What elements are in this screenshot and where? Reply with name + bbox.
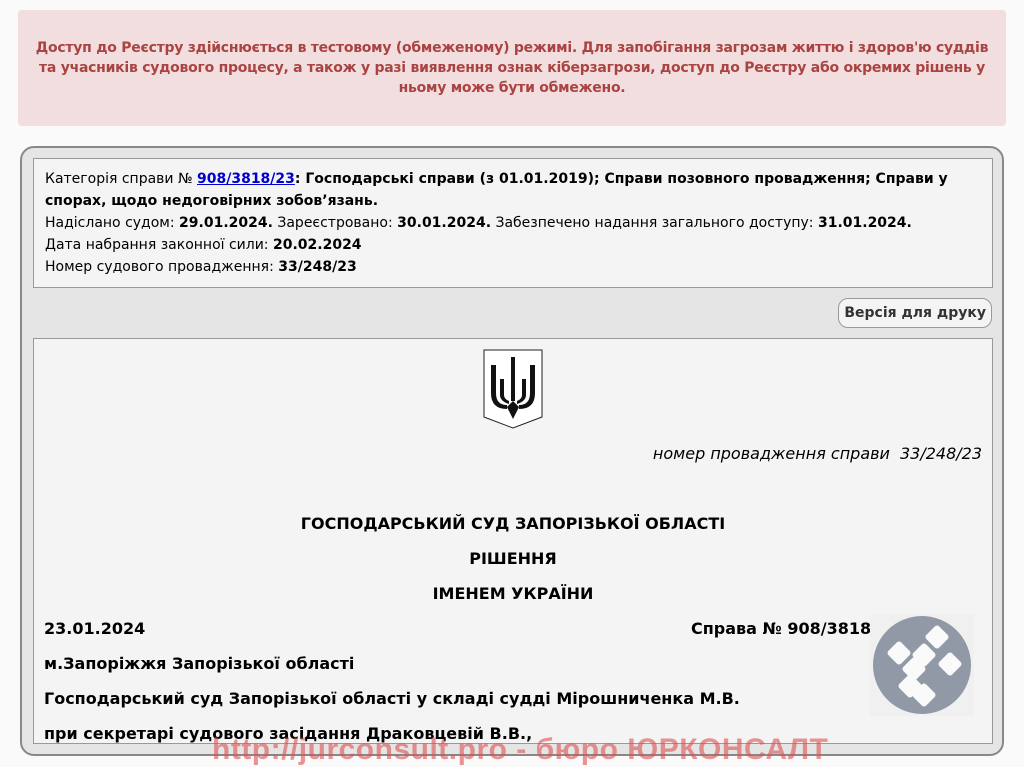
case-number-link[interactable]: 908/3818/23 [197, 171, 295, 187]
effective-date-line: Дата набрання законної сили: 20.02.2024 [45, 234, 981, 256]
proceeding-number-header: номер провадження справи33/248/23 [653, 444, 982, 463]
category-line: Категорія справи № 908/3818/23: Господар… [45, 168, 981, 212]
in-name-of-ukraine: ІМЕНЕМ УКРАЇНИ [34, 584, 992, 603]
case-number: Справа № 908/3818/23 [691, 619, 899, 638]
decision-panel: Категорія справи № 908/3818/23: Господар… [20, 146, 1004, 756]
watermark-badge [870, 614, 974, 716]
dates-line: Надіслано судом: 29.01.2024. Зареєстрова… [45, 212, 981, 234]
decision-document: номер провадження справи33/248/23 ГОСПОД… [33, 338, 993, 744]
print-version-button[interactable]: Версія для друку [838, 298, 992, 328]
court-composition: Господарський суд Запорізької області у … [44, 689, 740, 708]
watermark-text: http://jurconsult.pro - бюро ЮРКОНСАЛТ [212, 733, 828, 767]
puzzle-badge-icon [870, 614, 974, 716]
alert-text: Доступ до Реєстру здійснюється в тестово… [32, 38, 992, 98]
court-name: ГОСПОДАРСЬКИЙ СУД ЗАПОРІЗЬКОЇ ОБЛАСТІ [34, 514, 992, 533]
access-warning-alert: Доступ до Реєстру здійснюється в тестово… [18, 10, 1006, 126]
decision-title: РІШЕННЯ [34, 549, 992, 568]
city: м.Запоріжжя Запорізької області [44, 654, 354, 673]
proceeding-number-line: Номер судового провадження: 33/248/23 [45, 256, 981, 278]
case-info-box: Категорія справи № 908/3818/23: Господар… [33, 158, 993, 288]
decision-date: 23.01.2024 [44, 619, 145, 638]
trident-icon [483, 349, 543, 429]
